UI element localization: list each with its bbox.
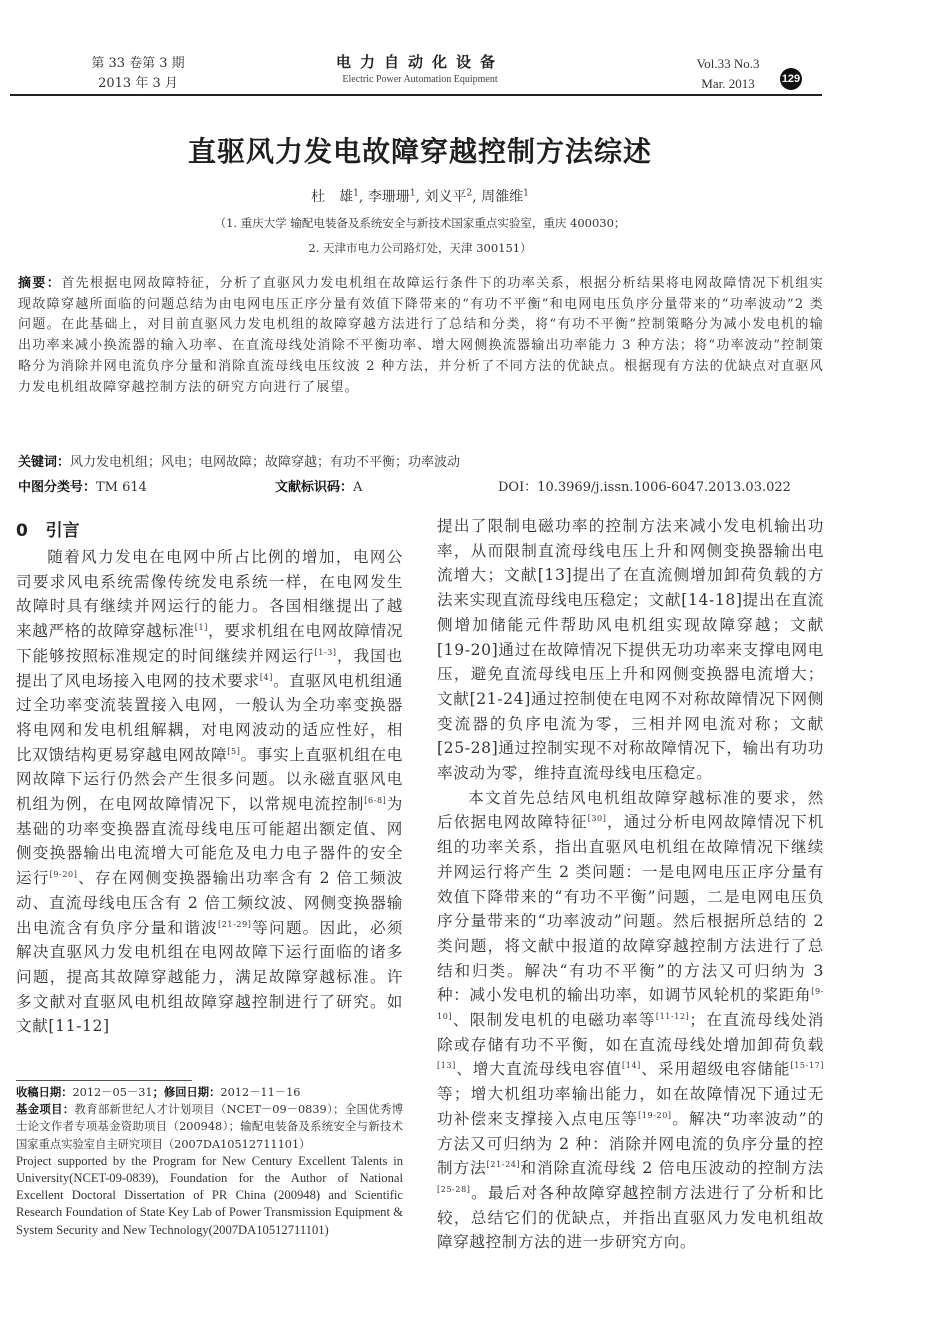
section-number: 0: [16, 521, 28, 541]
funding-cn: 基金项目：教育部新世纪人才计划项目（NCET－09－0839）；全国优秀博士论文…: [16, 1101, 403, 1153]
author: 李珊珊: [368, 189, 410, 205]
volume-en: Vol.33 No.3: [668, 54, 788, 74]
citation: [4]: [260, 672, 273, 681]
header-issue-en: Vol.33 No.3 Mar. 2013: [668, 54, 788, 94]
citation: [1-3]: [315, 648, 337, 657]
abstract: 摘要：首先根据电网故障特征，分析了直驱风力发电机组在故障运行条件下的功率关系，根…: [18, 274, 824, 398]
abstract-label: 摘要：: [18, 276, 61, 291]
citation: [19-20]: [638, 1111, 672, 1120]
citation: [13]: [437, 1061, 456, 1070]
citation: [5]: [227, 746, 240, 755]
author: 杜 雄: [311, 189, 353, 205]
header-rule: [10, 94, 822, 96]
paragraph: 随着风力发电在电网中所占比例的增加，电网公司要求风电系统需像传统发电系统一样，在…: [16, 545, 403, 1039]
footnote-rule: [16, 1080, 192, 1081]
date-cn: 2013 年 3 月: [78, 74, 198, 94]
article-title: 直驱风力发电故障穿越控制方法综述: [0, 130, 840, 170]
clc-code: TM 614: [96, 480, 147, 495]
author-list: 杜 雄1, 李珊珊1, 刘义平2, 周雒维1: [0, 186, 840, 206]
paragraph: 本文首先总结风电机组故障穿越标准的要求，然后依据电网故障特征[30]，通过分析电…: [437, 786, 824, 1255]
doc-code: A: [353, 480, 362, 495]
citation: [14]: [622, 1061, 641, 1070]
journal-masthead: 电力自动化设备 Electric Power Automation Equipm…: [300, 52, 540, 88]
author: 刘义平: [424, 189, 466, 205]
citation: [15-17]: [790, 1061, 824, 1070]
keywords: 关键词：风力发电机组；风电；电网故障；故障穿越；有功不平衡；功率波动: [18, 451, 824, 470]
received-dates: 收稿日期：2012－05－31；修回日期：2012－11－16: [16, 1084, 403, 1101]
citation: [21-29]: [218, 919, 252, 928]
journal-name-en: Electric Power Automation Equipment: [300, 72, 540, 88]
citation: [21-24]: [487, 1160, 521, 1169]
funding-en: Project supported by the Program for New…: [16, 1153, 403, 1239]
doi: 10.3969/j.issn.1006-6047.2013.03.022: [537, 480, 791, 495]
date-en: Mar. 2013: [668, 74, 788, 94]
classification-line: 中图分类号：TM 614 文献标识码：A DOI：10.3969/j.issn.…: [18, 476, 824, 495]
affiliation-1: （1. 重庆大学 输配电装备及系统安全与新技术国家重点实验室，重庆 400030…: [0, 215, 840, 231]
abstract-text: 首先根据电网故障特征，分析了直驱风力发电机组在故障运行条件下的功率关系，根据分析…: [18, 276, 824, 395]
citation: [30]: [588, 814, 607, 823]
affiliation-2: 2. 天津市电力公司路灯处，天津 300151）: [0, 240, 840, 256]
keywords-label: 关键词：: [18, 455, 70, 470]
author: 周雒维: [481, 189, 523, 205]
citation: [11-12]: [656, 1012, 690, 1021]
keywords-text: 风力发电机组；风电；电网故障；故障穿越；有功不平衡；功率波动: [70, 455, 460, 470]
volume-cn: 第 33 卷第 3 期: [78, 54, 198, 74]
section-title: 引言: [46, 521, 80, 541]
body-column-right: 提出了限制电磁功率的控制方法来减小发电机输出功率，从而限制直流母线电压上升和网侧…: [437, 514, 824, 1255]
page-number-badge: 129: [780, 68, 802, 90]
footnote: 收稿日期：2012－05－31；修回日期：2012－11－16 基金项目：教育部…: [16, 1084, 403, 1239]
body-column-left: 随着风力发电在电网中所占比例的增加，电网公司要求风电系统需像传统发电系统一样，在…: [16, 545, 403, 1039]
section-heading: 0 引言: [16, 516, 80, 541]
citation: [1]: [195, 623, 208, 632]
paragraph: 提出了限制电磁功率的控制方法来减小发电机输出功率，从而限制直流母线电压上升和网侧…: [437, 514, 824, 786]
citation: [25-28]: [437, 1185, 471, 1194]
journal-name-cn: 电力自动化设备: [300, 52, 540, 72]
header-issue-cn: 第 33 卷第 3 期 2013 年 3 月: [78, 54, 198, 94]
citation: [6-8]: [364, 796, 386, 805]
citation: [9-20]: [50, 870, 78, 879]
